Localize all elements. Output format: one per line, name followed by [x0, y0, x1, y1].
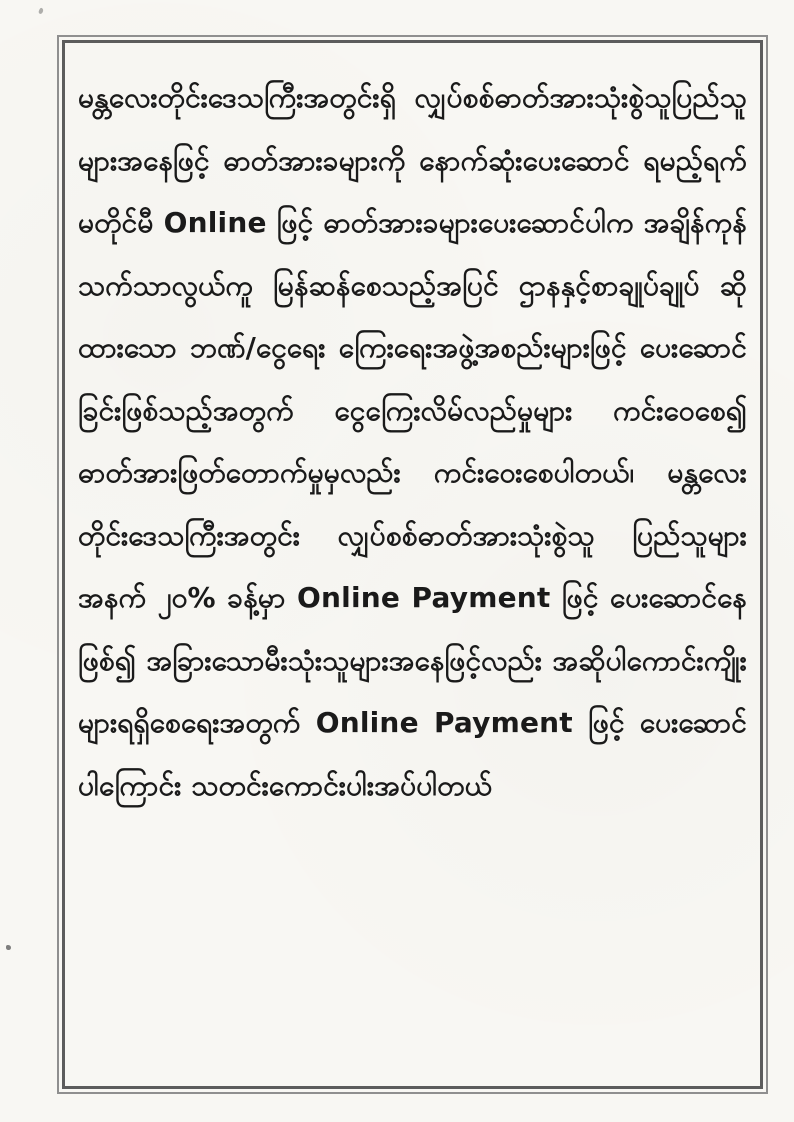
document-frame: မန္တလေးတိုင်းဒေသကြီးအတွင်းရှိ လျှပ်စစ်ဓာ…	[57, 35, 768, 1094]
text-line: သက်သာလွယ်ကူ မြန်ဆန်စေသည့်အပြင် ဌာနနှင့်စ…	[78, 255, 747, 318]
text-line: ပါကြောင်း သတင်းကောင်းပါးအပ်ပါတယ်	[78, 755, 747, 818]
document-text: မန္တလေးတိုင်းဒေသကြီးအတွင်းရှိ လျှပ်စစ်ဓာ…	[65, 43, 760, 817]
text-line: တိုင်းဒေသကြီးအတွင်း လျှပ်စစ်ဓာတ်အားသုံးစ…	[78, 505, 747, 568]
text-line: များအနေဖြင့် ဓာတ်အားခများကို နောက်ဆုံးပေ…	[78, 130, 747, 193]
text-line: မတိုင်မီ Online ဖြင့် ဓာတ်အားခများပေးဆော…	[78, 192, 747, 255]
scan-speck-top	[38, 7, 44, 14]
text-line: မန္တလေးတိုင်းဒေသကြီးအတွင်းရှိ လျှပ်စစ်ဓာ…	[78, 67, 747, 130]
text-line: ဖြစ်၍ အခြားသောမီးသုံးသူများအနေဖြင့်လည်း …	[78, 630, 747, 693]
text-line: ခြင်းဖြစ်သည့်အတွက် ငွေကြေးလိမ်လည်မှုများ…	[78, 380, 747, 443]
text-line: ထားသော ဘဏ်/ငွေရေး ကြေးရေးအဖွဲ့အစည်းများဖ…	[78, 317, 747, 380]
text-line: ဓာတ်အားဖြတ်တောက်မှုမှလည်း ကင်းဝေးစေပါတယ်…	[78, 442, 747, 505]
document-frame-inner: မန္တလေးတိုင်းဒေသကြီးအတွင်းရှိ လျှပ်စစ်ဓာ…	[62, 40, 763, 1089]
text-line: များရရှိစေရေးအတွက် Online Payment ဖြင့် …	[78, 692, 747, 755]
scanned-page: မန္တလေးတိုင်းဒေသကြီးအတွင်းရှိ လျှပ်စစ်ဓာ…	[0, 0, 794, 1122]
scan-speck-left	[6, 945, 11, 950]
text-line: အနက် ၂၀% ခန့်မှာ Online Payment ဖြင့် ပေ…	[78, 567, 747, 630]
